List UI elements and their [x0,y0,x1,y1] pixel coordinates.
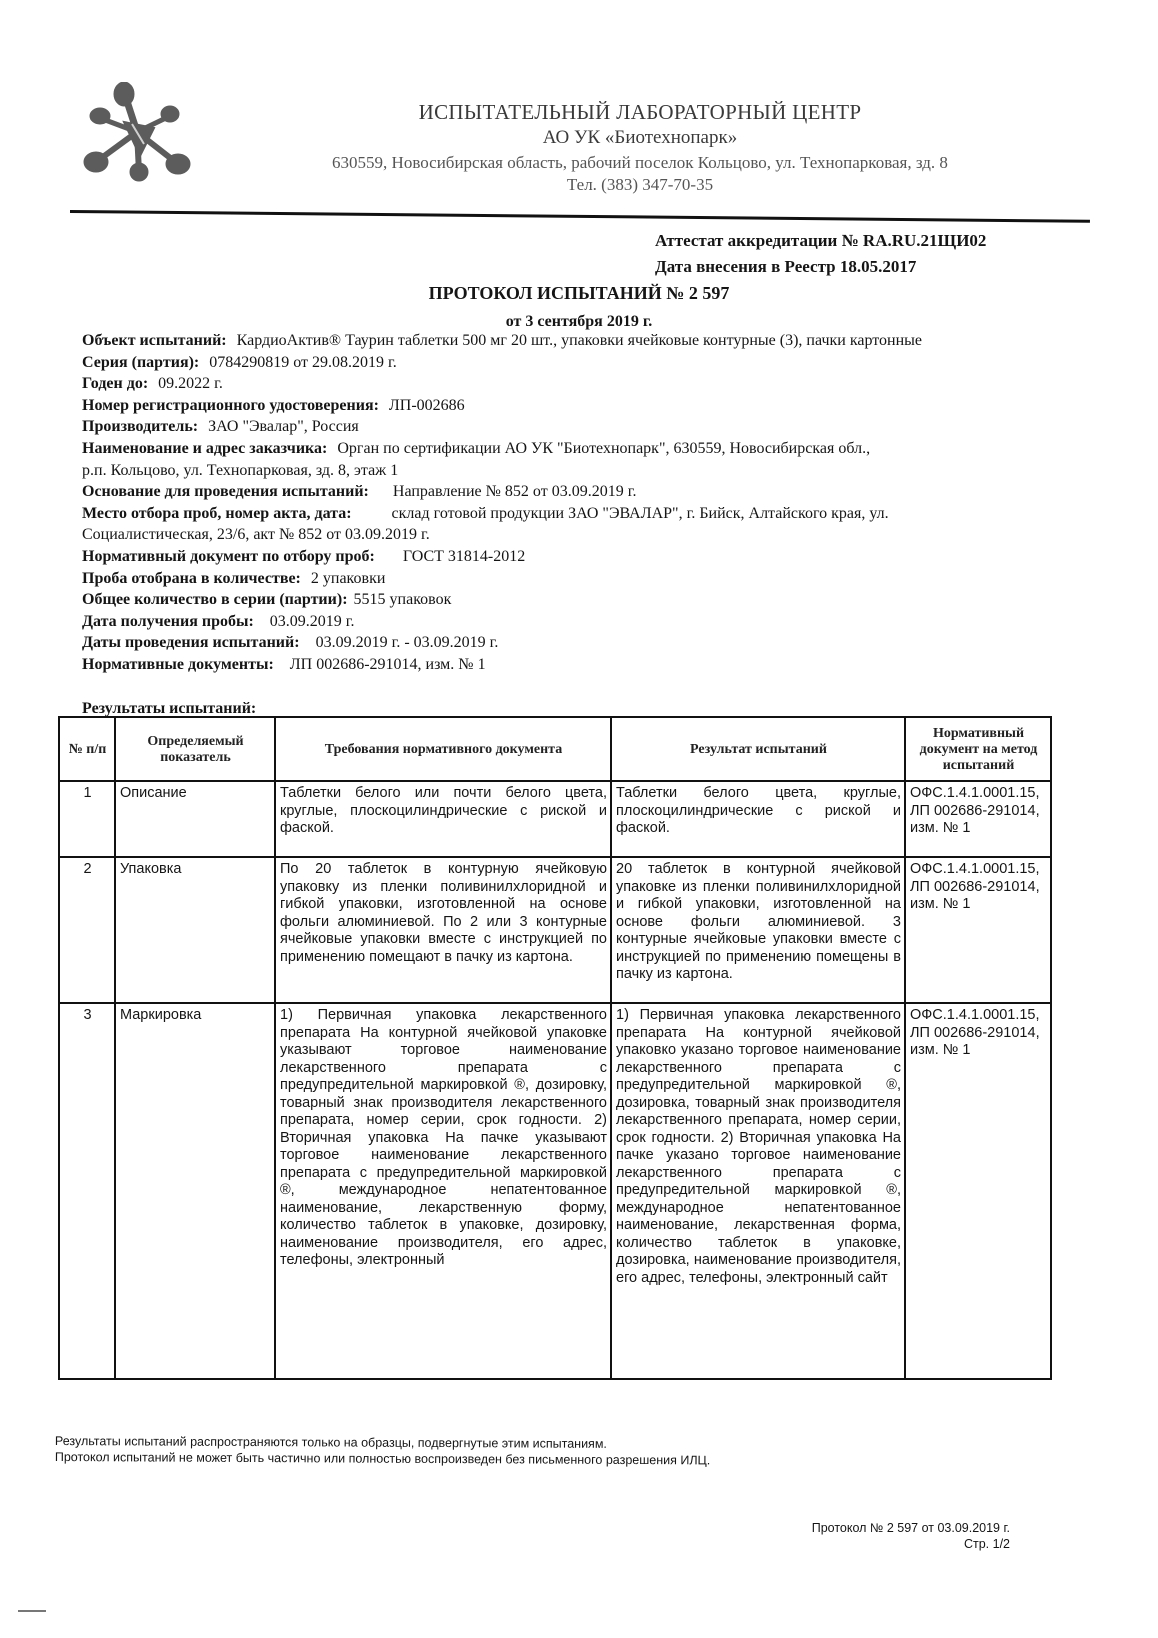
field-expiry: Годен до:09.2022 г. [82,373,1082,395]
field-sampling-place-cont: Социалистическая, 23/6, акт № 852 от 03.… [82,524,1082,546]
field-sampling-place: Место отбора проб, номер акта, дата:скла… [82,503,1082,525]
accreditation-block: Аттестат аккредитации № RA.RU.21ЩИ02 Дат… [655,228,986,280]
field-normative-docs: Нормативные документы:ЛП 002686-291014, … [82,654,1082,676]
results-table: № п/п Определяемый показатель Требования… [58,716,1052,1380]
field-customer-cont: р.п. Кольцово, ул. Технопарковая, зд. 8,… [82,460,1082,482]
field-registration-number: Номер регистрационного удостоверения:ЛП-… [82,395,1082,417]
row-method: ОФС.1.4.1.0001.15, ЛП 002686-291014, изм… [905,857,1051,1003]
row-result: 20 таблеток в контурной ячейковой упаков… [611,857,905,1003]
table-row: 2 Упаковка По 20 таблеток в контурную яч… [59,857,1051,1003]
table-row: 1 Описание Таблетки белого или почти бел… [59,781,1051,857]
field-customer: Наименование и адрес заказчика:Орган по … [82,438,1082,460]
page-number: Стр. 1/2 [790,1536,1010,1552]
org-phone: Тел. (383) 347-70-35 [260,175,1020,195]
lab-header: ИСПЫТАТЕЛЬНЫЙ ЛАБОРАТОРНЫЙ ЦЕНТР АО УК «… [260,100,1020,195]
field-manufacturer: Производитель:ЗАО "Эвалар", Россия [82,416,1082,438]
org-name: ИСПЫТАТЕЛЬНЫЙ ЛАБОРАТОРНЫЙ ЦЕНТР [260,100,1020,125]
field-test-dates: Даты проведения испытаний:03.09.2019 г. … [82,632,1082,654]
row-requirement: По 20 таблеток в контурную ячейковую упа… [275,857,611,1003]
field-batch-quantity: Общее количество в серии (партии):5515 у… [82,589,1082,611]
row-number: 1 [59,781,115,857]
org-company: АО УК «Биотехнопарк» [260,127,1020,149]
field-sampling-standard: Нормативный документ по отбору проб:ГОСТ… [82,546,1082,568]
col-requirement: Требования нормативного документа [275,717,611,781]
field-basis: Основание для проведения испытаний:Напра… [82,481,1082,503]
table-row: 3 Маркировка 1) Первичная упаковка лекар… [59,1003,1051,1379]
row-number: 3 [59,1003,115,1379]
field-sample-quantity: Проба отобрана в количестве:2 упаковки [82,568,1082,590]
col-number: № п/п [59,717,115,781]
registry-date: Дата внесения в Реестр 18.05.2017 [655,254,986,280]
col-result: Результат испытаний [611,717,905,781]
protocol-reference: Протокол № 2 597 от 03.09.2019 г. [790,1520,1010,1536]
row-method: ОФС.1.4.1.0001.15, ЛП 002686-291014, изм… [905,1003,1051,1379]
row-result: Таблетки белого цвета, круглые, плоскоци… [611,781,905,857]
biotechnopark-logo-icon [82,82,192,182]
protocol-date: от 3 сентября 2019 г. [0,313,1158,331]
org-address: 630559, Новосибирская область, рабочий п… [260,153,1020,173]
row-result: 1) Первичная упаковка лекарственного пре… [611,1003,905,1379]
page-reference: Протокол № 2 597 от 03.09.2019 г. Стр. 1… [790,1520,1010,1552]
col-indicator: Определяемый показатель [115,717,275,781]
row-method: ОФС.1.4.1.0001.15, ЛП 002686-291014, изм… [905,781,1051,857]
row-indicator: Упаковка [115,857,275,1003]
row-requirement: Таблетки белого или почти белого цвета, … [275,781,611,857]
field-receipt-date: Дата получения пробы:03.09.2019 г. [82,611,1082,633]
header-divider [70,210,1090,223]
accreditation-number: Аттестат аккредитации № RA.RU.21ЩИ02 [655,228,986,254]
footer-notes: Результаты испытаний распространяются то… [55,1433,711,1468]
footer-note-reproduction: Протокол испытаний не может быть частичн… [55,1449,710,1468]
protocol-fields: Объект испытаний:КардиоАктив® Таурин таб… [82,330,1082,676]
protocol-title: ПРОТОКОЛ ИСПЫТАНИЙ № 2 597 [0,283,1158,304]
table-header-row: № п/п Определяемый показатель Требования… [59,717,1051,781]
row-requirement: 1) Первичная упаковка лекарственного пре… [275,1003,611,1379]
field-series: Серия (партия):0784290819 от 29.08.2019 … [82,352,1082,374]
row-indicator: Маркировка [115,1003,275,1379]
row-indicator: Описание [115,781,275,857]
col-method: Нормативный документ на метод испытаний [905,717,1051,781]
row-number: 2 [59,857,115,1003]
field-object: Объект испытаний:КардиоАктив® Таурин таб… [82,330,1082,352]
scan-margin-mark [18,1610,46,1612]
